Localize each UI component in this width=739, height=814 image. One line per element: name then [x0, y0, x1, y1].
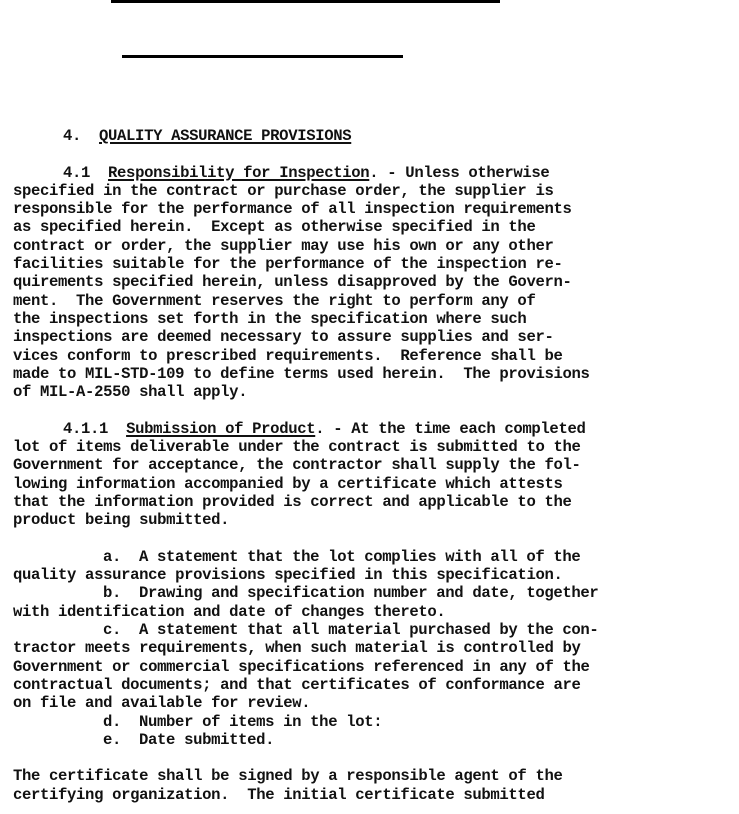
list-label: d.: [103, 713, 121, 731]
text-line: inspections are deemed necessary to assu…: [13, 328, 733, 346]
section-heading: 4. QUALITY ASSURANCE PROVISIONS: [13, 127, 733, 145]
second-rule: [122, 55, 403, 58]
list-item-b: b. Drawing and specification number and …: [13, 584, 733, 621]
text-line: certifying organization. The initial cer…: [13, 786, 733, 804]
text-line: ment. The Government reserves the right …: [13, 292, 733, 310]
text-line: specified in the contract or purchase or…: [13, 182, 733, 200]
para-heading: Submission of Product: [126, 420, 315, 438]
paragraph-4-1-1: 4.1.1 Submission of Product. - At the ti…: [13, 420, 733, 530]
paragraph-4-1: 4.1 Responsibility for Inspection. - Unl…: [13, 164, 733, 402]
text-line: that the information provided is correct…: [13, 493, 733, 511]
text-line: quality assurance provisions specified i…: [13, 566, 733, 584]
text-line: tractor meets requirements, when such ma…: [13, 639, 733, 657]
document-page: 4. QUALITY ASSURANCE PROVISIONS 4.1 Resp…: [13, 127, 733, 804]
text-line: responsible for the performance of all i…: [13, 200, 733, 218]
section-number: 4.: [63, 127, 81, 145]
text-line: contract or order, the supplier may use …: [13, 237, 733, 255]
text-line: the inspections set forth in the specifi…: [13, 310, 733, 328]
text-line: made to MIL-STD-109 to define terms used…: [13, 365, 733, 383]
para-number: 4.1.1: [63, 420, 108, 438]
list-label: a.: [103, 548, 121, 566]
list-label: b.: [103, 584, 121, 602]
text-line: Government or commercial specifications …: [13, 658, 733, 676]
list-item-a: a. A statement that the lot complies wit…: [13, 548, 733, 585]
para-heading: Responsibility for Inspection: [108, 164, 369, 182]
top-rule: [111, 0, 500, 3]
text-line: as specified herein. Except as otherwise…: [13, 218, 733, 236]
text-line: contractual documents; and that certific…: [13, 676, 733, 694]
para-number: 4.1: [63, 164, 90, 182]
text-line: lowing information accompanied by a cert…: [13, 475, 733, 493]
text-line: product being submitted.: [13, 511, 733, 529]
list-item-e: e. Date submitted.: [13, 731, 733, 749]
closing-paragraph: The certificate shall be signed by a res…: [13, 767, 733, 804]
list-label: e.: [103, 731, 121, 749]
text-line: Government for acceptance, the contracto…: [13, 456, 733, 474]
text-line: vices conform to prescribed requirements…: [13, 347, 733, 365]
section-title: QUALITY ASSURANCE PROVISIONS: [99, 127, 351, 145]
text-line: with identification and date of changes …: [13, 603, 733, 621]
list-item-c: c. A statement that all material purchas…: [13, 621, 733, 712]
text-line: on file and available for review.: [13, 694, 733, 712]
list-label: c.: [103, 621, 121, 639]
text-line: The certificate shall be signed by a res…: [13, 767, 733, 785]
text-line: of MIL-A-2550 shall apply.: [13, 383, 733, 401]
list: a. A statement that the lot complies wit…: [13, 548, 733, 749]
text-line: quirements specified herein, unless disa…: [13, 273, 733, 291]
text-line: facilities suitable for the performance …: [13, 255, 733, 273]
list-item-d: d. Number of items in the lot:: [13, 713, 733, 731]
text-line: lot of items deliverable under the contr…: [13, 438, 733, 456]
